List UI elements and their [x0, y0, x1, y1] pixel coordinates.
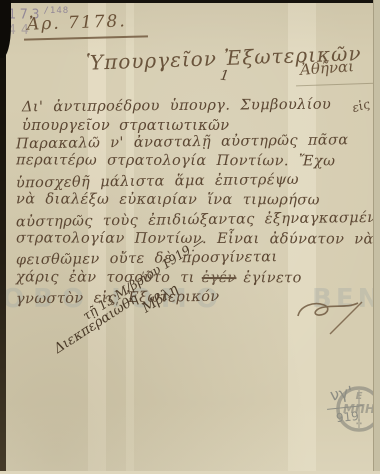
- scan-edge-right: [373, 0, 380, 474]
- scan-edge-left: [0, 0, 6, 474]
- place-name: Ἀθῆναι: [299, 57, 354, 79]
- signature-scribble: [292, 296, 370, 338]
- protocol-underline: [24, 35, 148, 40]
- body-line-post: ἐγίνετο: [243, 270, 301, 286]
- scanned-letter-page: ΟΒΟ ΙΟΜΟ ΒΕΝ 173/148 44 Ἀρ. 7178. Ὑπουργ…: [0, 0, 380, 474]
- body-line: περαιτέρω στρατολογία Ποντίων. Ἔχω: [16, 153, 380, 174]
- pencil-annotation-top: νγ': [329, 382, 355, 405]
- seal-top-letter: Ε: [356, 391, 363, 402]
- addressee-line-1: Δι' ἀντιπροέδρου ὑπουργ. Συμβουλίου: [22, 97, 331, 116]
- addressee-suffix: εἰς: [350, 97, 371, 115]
- scan-corner-top-left: [0, 0, 11, 58]
- place-underline: [296, 83, 378, 87]
- protocol-number: Ἀρ. 7178.: [27, 11, 127, 34]
- pencil-annotation-bottom: 919: [335, 409, 359, 425]
- addressee-line-2: ὑπουργεῖον στρατιωτικῶν: [22, 118, 230, 134]
- page-mark: 1: [219, 67, 230, 84]
- scan-edge-top: [0, 0, 380, 3]
- body-line: νὰ διαλέξω εὐκαιρίαν ἵνα τιμωρήσω: [16, 192, 380, 213]
